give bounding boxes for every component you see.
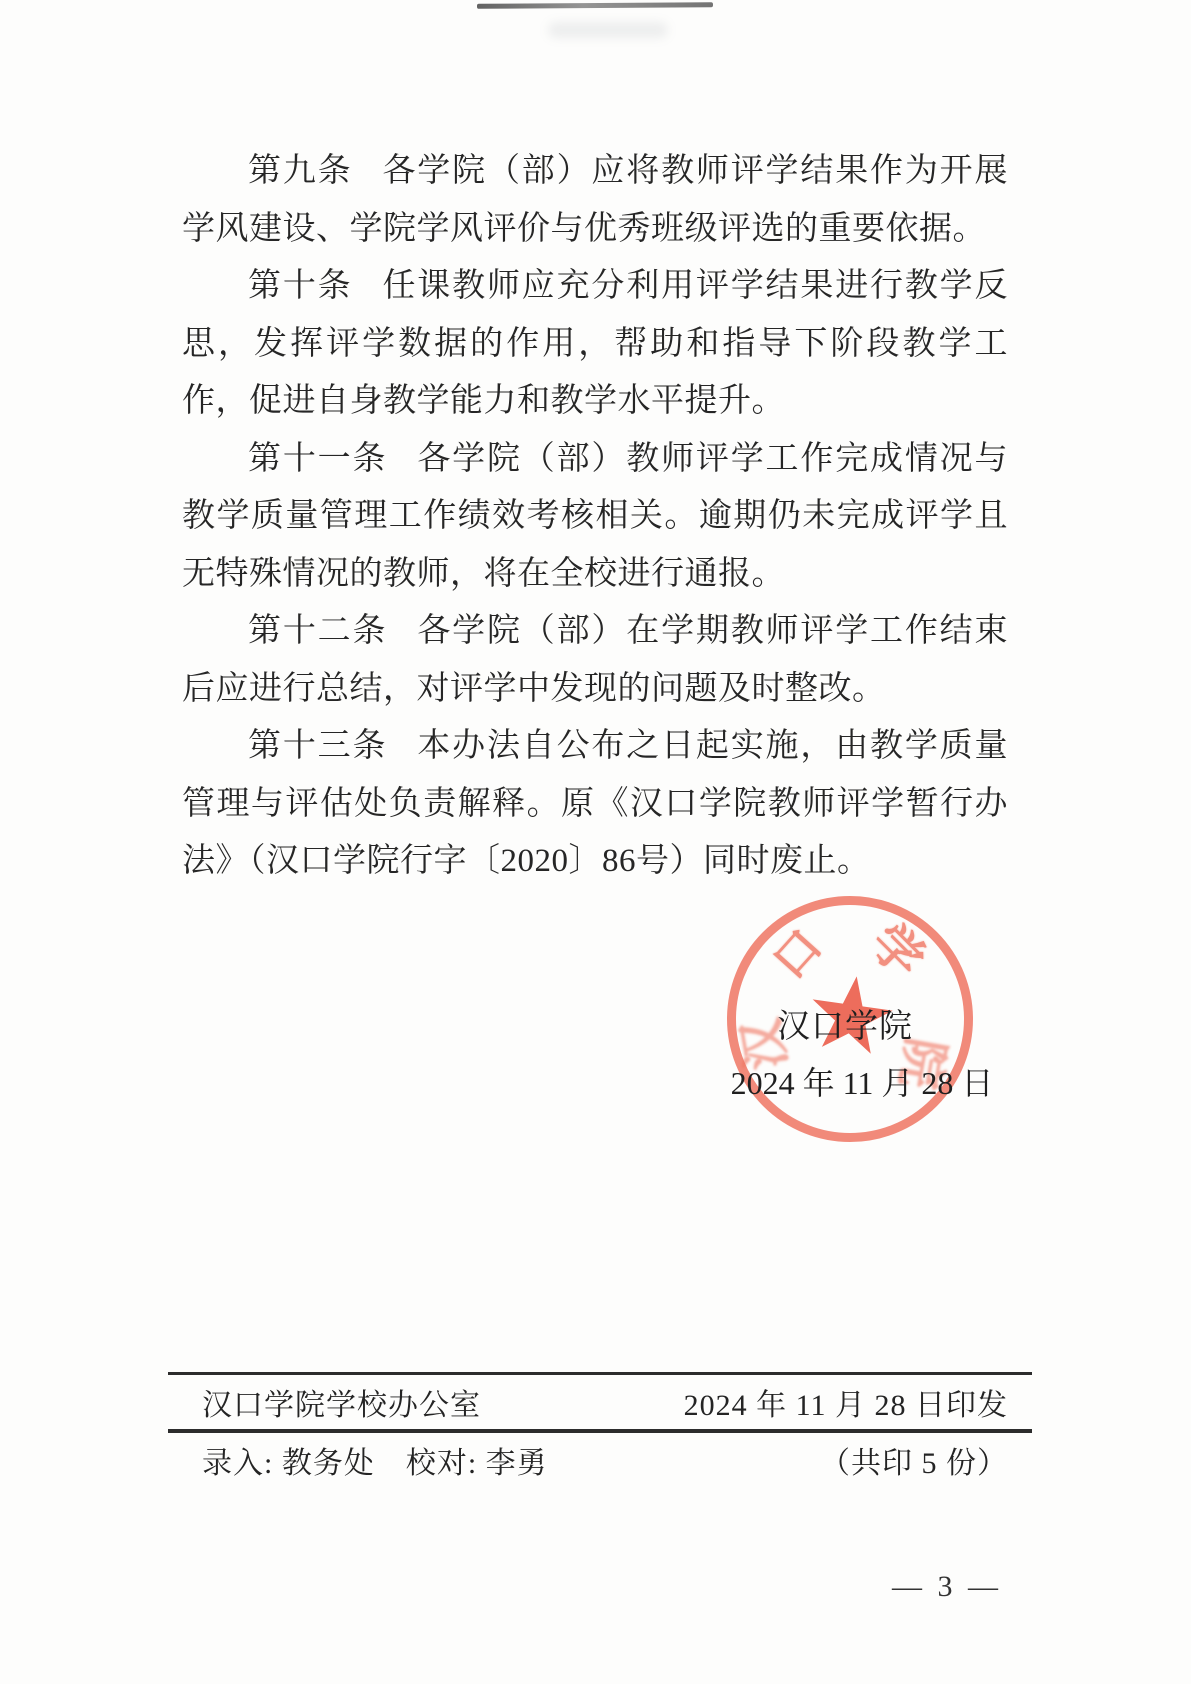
footer-copies: （共印 5 份）	[820, 1445, 1008, 1483]
scan-artifact-line	[477, 2, 713, 9]
signature-org: 汉口学院	[720, 1000, 970, 1047]
footer-issuer-row: 汉口学院学校办公室 2024 年 11 月 28 日印发	[168, 1387, 1032, 1425]
article-number: 第十三条	[248, 728, 387, 764]
article-paragraph: 第十二条各学院（部）在学期教师评学工作结束后应进行总结，对评学中发现的问题及时整…	[182, 603, 1008, 718]
article-number: 第十条	[248, 268, 352, 304]
article-number: 第十一条	[248, 441, 387, 477]
seal-ring-char: 学	[857, 905, 943, 991]
article-paragraph: 第十条任课教师应充分利用评学结果进行教学反思，发挥评学数据的作用，帮助和指导下阶…	[182, 258, 1008, 431]
footer-entry-row: 录入: 教务处 校对: 李勇 （共印 5 份）	[168, 1445, 1032, 1483]
document-body: 第九条各学院（部）应将教师评学结果作为开展学风建设、学院学风评价与优秀班级评选的…	[182, 143, 1008, 891]
document-page: 第九条各学院（部）应将教师评学结果作为开展学风建设、学院学风评价与优秀班级评选的…	[0, 0, 1191, 1684]
article-paragraph: 第十三条本办法自公布之日起实施，由教学质量管理与评估处负责解释。原《汉口学院教师…	[182, 718, 1008, 891]
article-number: 第九条	[248, 153, 352, 189]
footer-rule-mid	[168, 1429, 1032, 1433]
footer-office: 汉口学院学校办公室	[202, 1387, 481, 1425]
seal-ring-char: 口	[755, 913, 835, 991]
scan-artifact-smudge	[548, 22, 668, 38]
signature-date: 2024 年 11 月 28 日	[712, 1058, 1012, 1104]
page-number: — 3 —	[870, 1570, 1020, 1604]
article-paragraph: 第十一条各学院（部）教师评学工作完成情况与教学质量管理工作绩效考核相关。逾期仍未…	[182, 431, 1008, 604]
footer-rule-top	[168, 1372, 1032, 1375]
article-paragraph: 第九条各学院（部）应将教师评学结果作为开展学风建设、学院学风评价与优秀班级评选的…	[182, 143, 1008, 258]
article-number: 第十二条	[248, 613, 387, 649]
footer-print-date: 2024 年 11 月 28 日印发	[684, 1387, 1008, 1425]
footer-entry-proofread: 录入: 教务处 校对: 李勇	[202, 1445, 548, 1483]
